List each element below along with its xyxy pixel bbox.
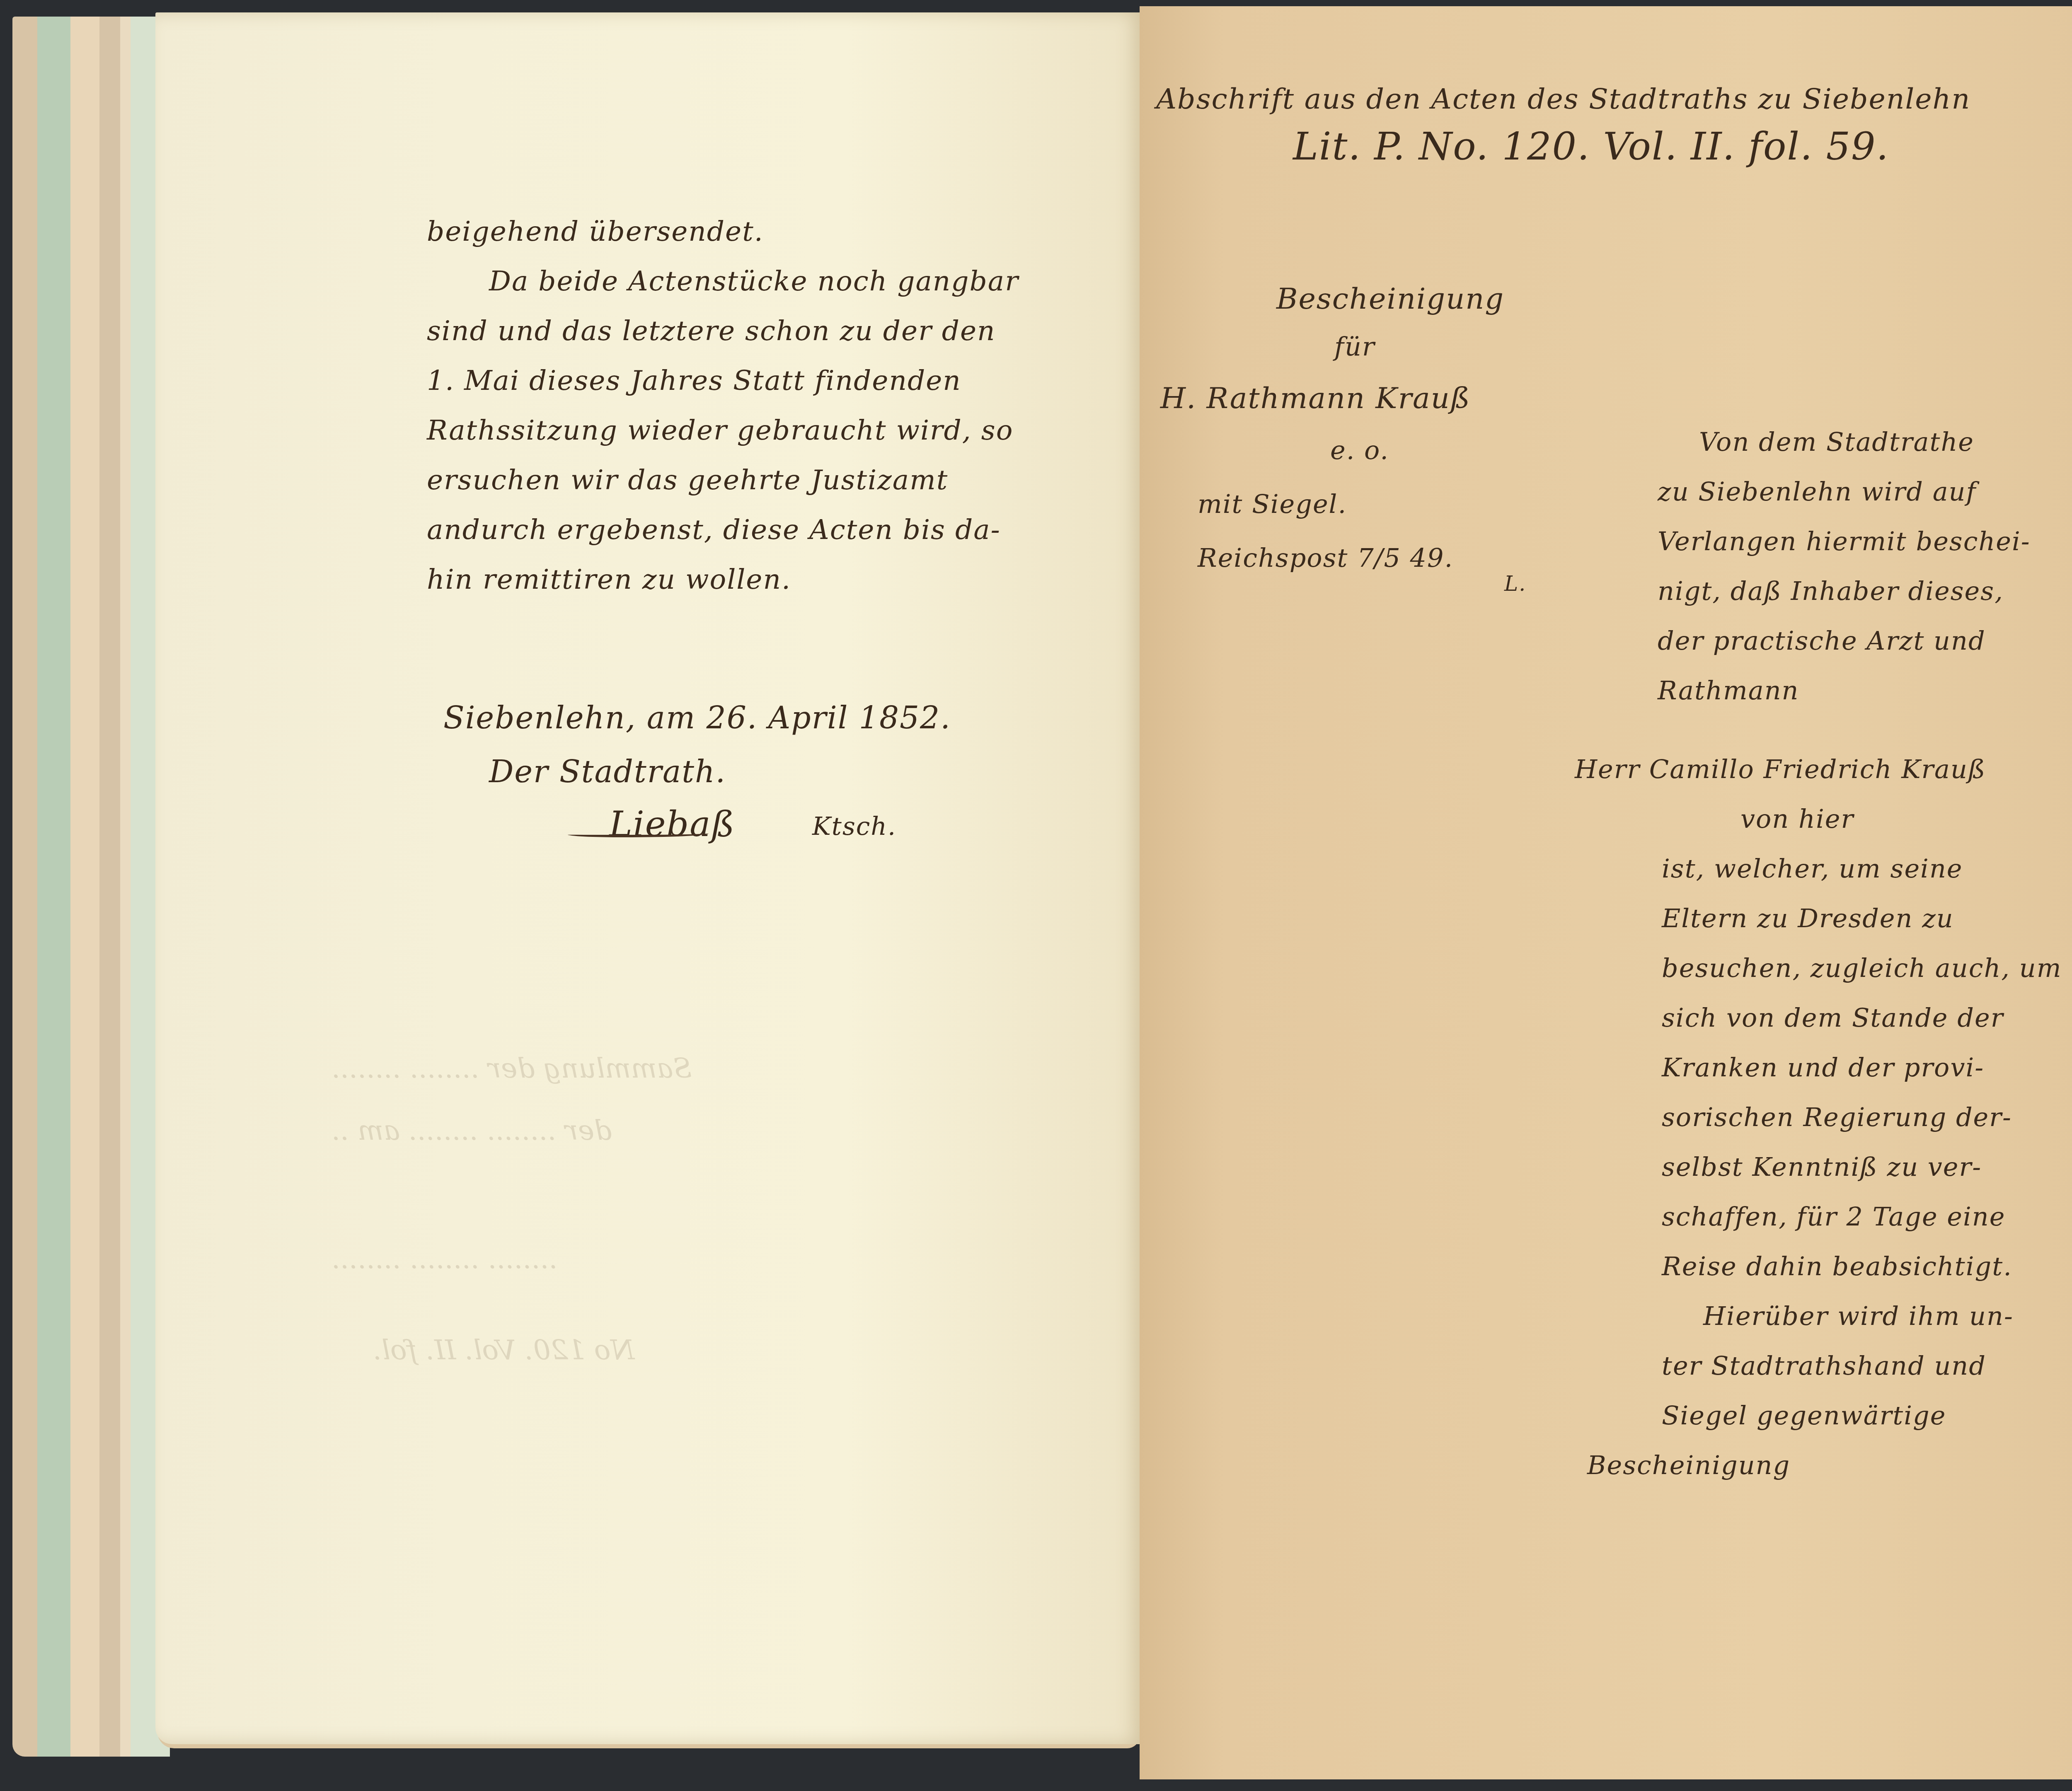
margin-for: für <box>1334 331 1375 362</box>
left-line-3: sind und das letztere schon zu der den <box>427 315 996 347</box>
left-line-2: Da beide Actenstücke noch gangbar <box>489 265 1019 297</box>
issuing-authority: Der Stadtrath. <box>489 754 726 790</box>
body-line-8: von hier <box>1740 804 1854 834</box>
body-line-4: nigt, daß Inhaber dieses, <box>1658 576 2004 606</box>
body-line-14: sorischen Regierung der- <box>1662 1102 2012 1132</box>
body-line-1: Von dem Stadtrathe <box>1699 427 1974 457</box>
bleed-through-text: No 120. Vol. II. fol. <box>373 1334 634 1366</box>
left-line-8: hin remittiren zu wollen. <box>427 563 791 595</box>
body-line-17: Reise dahin beabsichtigt. <box>1662 1251 2012 1281</box>
body-line-3: Verlangen hiermit beschei- <box>1658 526 2031 556</box>
header-line: Abschrift aus den Acten des Stadtraths z… <box>1156 83 1970 116</box>
body-line-21: Bescheinigung <box>1587 1450 1790 1480</box>
left-line-5: Rathssitzung wieder gebraucht wird, so <box>427 414 1013 446</box>
body-line-20: Siegel gegenwärtige <box>1662 1400 1946 1431</box>
body-line-10: Eltern zu Dresden zu <box>1662 903 1954 933</box>
left-line-4: 1. Mai dieses Jahres Statt findenden <box>427 365 961 396</box>
book-block-edges <box>12 17 170 1757</box>
margin-title: Bescheinigung <box>1276 282 1504 316</box>
margin-seal: mit Siegel. <box>1198 489 1347 519</box>
body-line-2: zu Siebenlehn wird auf <box>1658 476 1976 507</box>
place-date: Siebenlehn, am 26. April 1852. <box>443 700 951 736</box>
margin-recipient: H. Rathmann Krauß <box>1160 381 1471 415</box>
left-line-1: beigehend übersendet. <box>427 215 764 247</box>
left-line-7: andurch ergebenst, diese Acten bis da- <box>427 514 1001 546</box>
archive-reference: Lit. P. No. 120. Vol. II. fol. 59. <box>1293 124 1889 169</box>
body-line-7: Herr Camillo Friedrich Krauß <box>1575 754 1986 784</box>
body-line-16: schaffen, für 2 Tage eine <box>1662 1201 2005 1232</box>
body-line-12: sich von dem Stande der <box>1662 1003 2004 1033</box>
bleed-through-text: der ........ ........ am .. <box>332 1114 612 1146</box>
body-line-19: ter Stadtrathshand und <box>1662 1351 1986 1381</box>
bleed-through-text: Sammlung der ........ ........ <box>332 1052 692 1084</box>
body-line-6: Rathmann <box>1658 675 1799 706</box>
body-line-13: Kranken und der provi- <box>1662 1052 1984 1083</box>
right-page <box>1140 6 2072 1779</box>
body-line-5: der practische Arzt und <box>1658 626 1986 656</box>
signature-suffix: Ktsch. <box>812 812 896 841</box>
margin-initial: L. <box>1504 572 1526 596</box>
body-line-15: selbst Kenntniß zu ver- <box>1662 1152 1982 1182</box>
bleed-through-text: ........ ........ ........ <box>332 1243 557 1275</box>
body-line-9: ist, welcher, um seine <box>1662 853 1963 884</box>
body-line-11: besuchen, zugleich auch, um <box>1662 953 2062 983</box>
body-line-18: Hierüber wird ihm un- <box>1703 1301 2014 1331</box>
margin-eo: e. o. <box>1330 435 1389 465</box>
margin-dispatch: Reichspost 7/5 49. <box>1198 543 1453 573</box>
signature: Liebaß <box>609 804 735 844</box>
left-line-6: ersuchen wir das geehrte Justizamt <box>427 464 948 496</box>
